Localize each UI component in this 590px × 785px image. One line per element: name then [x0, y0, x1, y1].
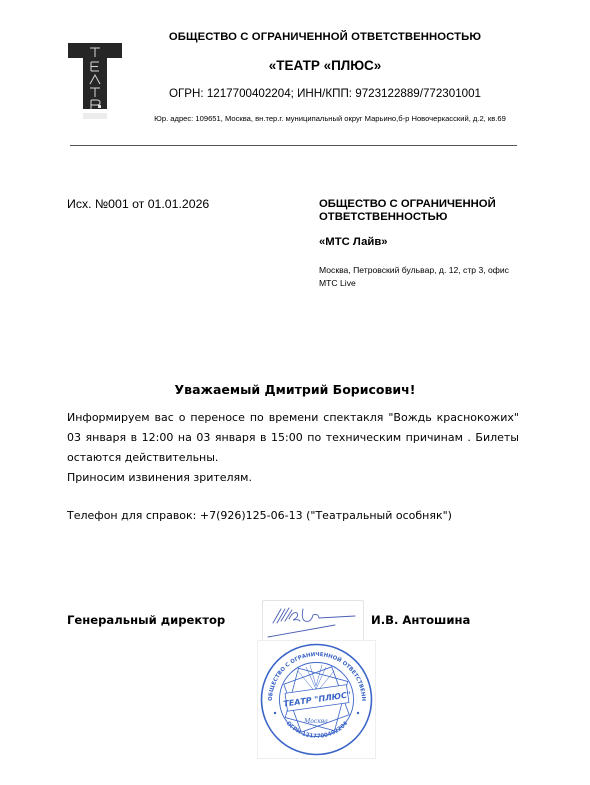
addressee-org-name: «МТС Лайв»: [319, 236, 388, 248]
handwritten-signature-icon: [263, 601, 363, 643]
letterhead-org-type: ОБЩЕСТВО С ОГРАНИЧЕННОЙ ОТВЕТСТВЕННОСТЬЮ: [130, 31, 520, 43]
theatre-logo: [68, 43, 122, 119]
signatory-name: И.В. Антошина: [371, 613, 470, 627]
body-paragraph-2: Приносим извинения зрителям.: [67, 468, 519, 488]
svg-text:Москва: Москва: [303, 718, 328, 725]
logo-t-icon: [68, 43, 122, 119]
signatory-position: Генеральный директор: [67, 613, 225, 627]
letter-body: Информируем вас о переносе по времени сп…: [67, 408, 519, 488]
letterhead-legal-address: Юр. адрес: 109651, Москва, вн.тер.г. мун…: [130, 114, 530, 123]
letterhead-registration: ОГРН: 1217700402204; ИНН/КПП: 9723122889…: [130, 87, 520, 100]
body-paragraph-1: Информируем вас о переносе по времени сп…: [67, 408, 519, 468]
addressee-address: Москва, Петровский бульвар, д. 12, стр 3…: [319, 264, 519, 290]
greeting: Уважаемый Дмитрий Борисович!: [0, 382, 590, 397]
company-stamp: ТЕАТР "ПЛЮС" Москва ОБЩЕСТВО С ОГРАНИЧЕН…: [257, 640, 376, 759]
addressee-org-type: ОБЩЕСТВО С ОГРАНИЧЕННОЙ ОТВЕТСТВЕННОСТЬЮ: [319, 198, 529, 224]
round-seal-icon: ТЕАТР "ПЛЮС" Москва ОБЩЕСТВО С ОГРАНИЧЕН…: [258, 641, 375, 758]
signature-image: [262, 600, 364, 644]
letterhead-divider: [70, 145, 517, 146]
outgoing-number: Исх. №001 от 01.01.2026: [67, 197, 209, 211]
letterhead-org-name: «ТЕАТР «ПЛЮС»: [130, 58, 520, 73]
phone-line: Телефон для справок: +7(926)125-06-13 ("…: [67, 509, 452, 522]
